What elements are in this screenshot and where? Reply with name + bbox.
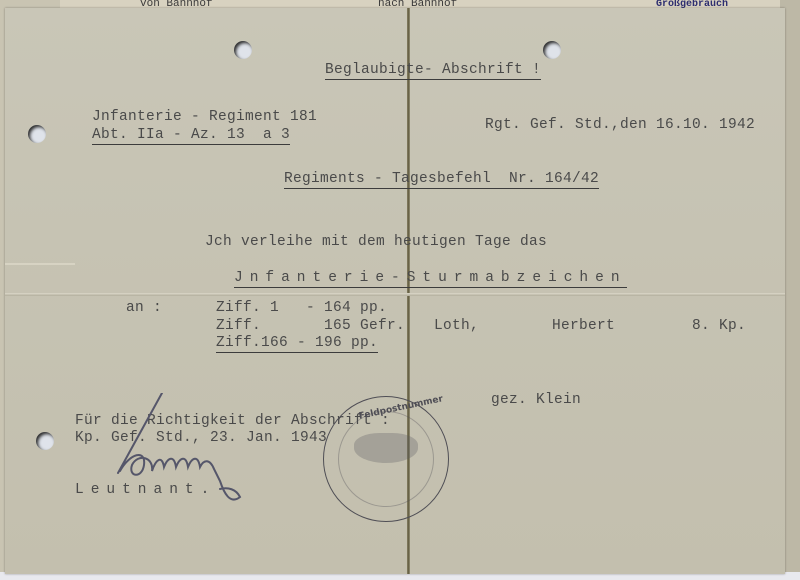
recipient-line-2: Ziff. 165 Gefr. — [216, 318, 405, 334]
document-sheet: Beglaubigte- Abschrift ! Jnfanterie - Re… — [5, 8, 785, 574]
award-intro: Jch verleihe mit dem heutigen Tage das — [205, 234, 547, 250]
recipient-line-3: Ziff.166 - 196 pp. — [216, 335, 378, 353]
eagle-emblem-icon — [354, 433, 418, 463]
recipient-first-name: Herbert — [552, 318, 615, 334]
unit-name: Jnfanterie - Regiment 181 — [92, 109, 317, 125]
recipient-line-1: Ziff. 1 - 164 pp. — [216, 300, 387, 316]
order-title: Regiments - Tagesbefehl Nr. 164/42 — [284, 171, 599, 189]
recipients-label: an : — [126, 300, 162, 316]
punch-hole-left-upper — [28, 125, 46, 143]
official-stamp: Feldpostnummer — [323, 396, 449, 522]
paper-crease — [5, 263, 75, 265]
handwritten-signature — [110, 393, 270, 513]
punch-hole-top-right — [543, 41, 561, 59]
signed-by: gez. Klein — [491, 392, 581, 408]
document-heading: Beglaubigte- Abschrift ! — [325, 62, 541, 80]
recipient-last-name: Loth, — [434, 318, 479, 334]
punch-hole-left-lower — [36, 432, 54, 450]
place-date: Rgt. Gef. Std.,den 16.10. 1942 — [485, 117, 755, 133]
horizontal-fold — [5, 293, 785, 296]
reference-number: Abt. IIa - Az. 13 a 3 — [92, 127, 290, 145]
punch-hole-top-left — [234, 41, 252, 59]
recipient-company: 8. Kp. — [692, 318, 746, 334]
award-name: Jnfanterie-Sturmabzeichen — [234, 270, 627, 288]
